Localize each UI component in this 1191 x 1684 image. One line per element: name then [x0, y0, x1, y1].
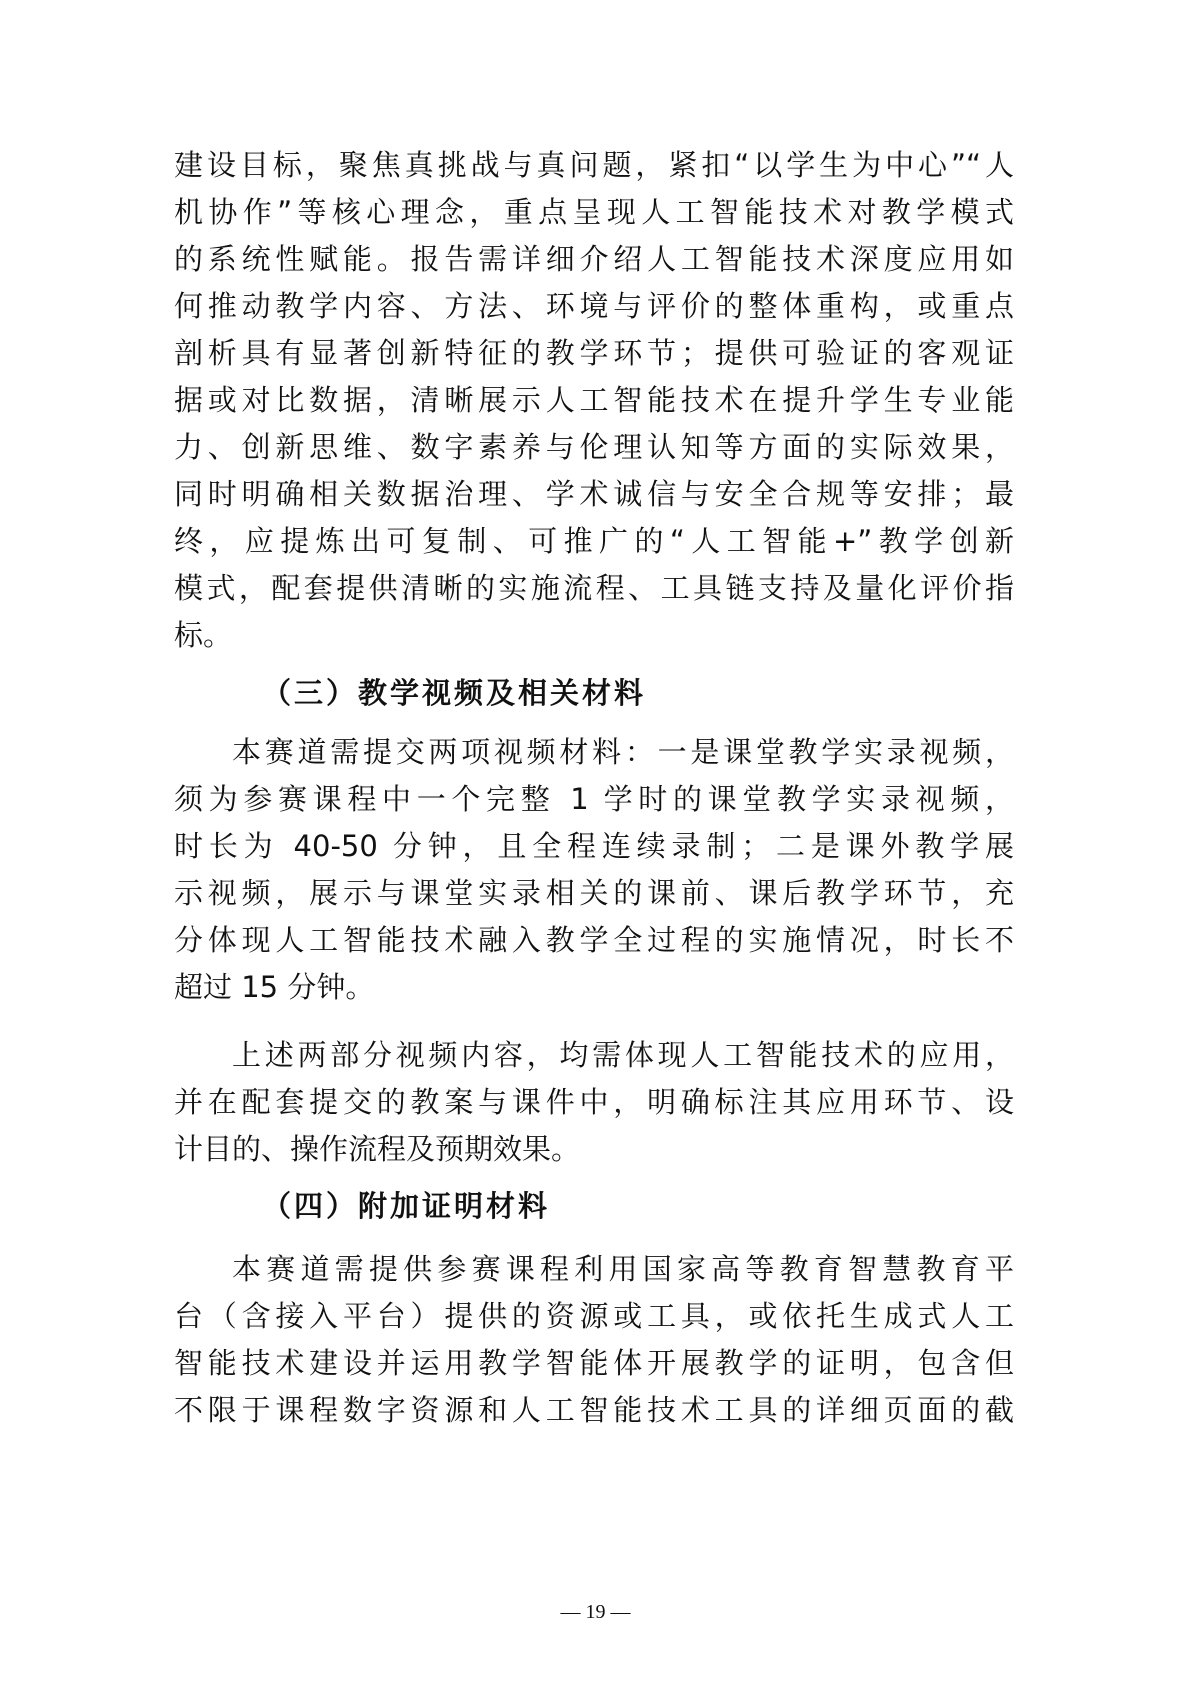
text-line: 台（含接入平台）提供的资源或工具，或依托生成式人工 [174, 1291, 1014, 1341]
text-line: 力、创新思维、数字素养与伦理认知等方面的实际效果， [174, 422, 1014, 472]
text-line: 标。 [174, 610, 1014, 660]
text-line: 剖析具有显著创新特征的教学环节；提供可验证的客观证 [174, 328, 1014, 378]
text-line: 模式，配套提供清晰的实施流程、工具链支持及量化评价指 [174, 563, 1014, 613]
text-line: 同时明确相关数据治理、学术诚信与安全合规等安排；最 [174, 469, 1014, 519]
section-heading-teaching-video: （三）教学视频及相关材料 [262, 668, 646, 718]
text-line: 上述两部分视频内容，均需体现人工智能技术的应用， [232, 1030, 1014, 1080]
text-line: 示视频，展示与课堂实录相关的课前、课后教学环节，充 [174, 868, 1014, 918]
text-line: 的系统性赋能。报告需详细介绍人工智能技术深度应用如 [174, 234, 1014, 284]
section-heading-supporting-materials: （四）附加证明材料 [262, 1181, 550, 1231]
page-number: — 19 — [0, 1600, 1191, 1624]
text-line: 据或对比数据，清晰展示人工智能技术在提升学生专业能 [174, 375, 1014, 425]
text-line: 须为参赛课程中一个完整 1 学时的课堂教学实录视频， [174, 774, 1014, 824]
text-line: 终，应提炼出可复制、可推广的“人工智能+”教学创新 [174, 516, 1014, 566]
text-line: 计目的、操作流程及预期效果。 [174, 1124, 1014, 1174]
text-line: 本赛道需提交两项视频材料：一是课堂教学实录视频， [232, 727, 1014, 777]
text-line: 超过 15 分钟。 [174, 962, 1014, 1012]
text-line: 不限于课程数字资源和人工智能技术工具的详细页面的截 [174, 1385, 1014, 1435]
text-line: 智能技术建设并运用教学智能体开展教学的证明，包含但 [174, 1338, 1014, 1388]
text-line: 机协作”等核心理念，重点呈现人工智能技术对教学模式 [174, 187, 1014, 237]
document-page: 建设目标，聚焦真挑战与真问题，紧扣“以学生为中心”“人 机协作”等核心理念，重点… [0, 0, 1191, 1684]
text-line: 时长为 40-50 分钟，且全程连续录制；二是课外教学展 [174, 821, 1014, 871]
text-line: 建设目标，聚焦真挑战与真问题，紧扣“以学生为中心”“人 [174, 140, 1014, 190]
text-line: 分体现人工智能技术融入教学全过程的实施情况，时长不 [174, 915, 1014, 965]
text-line: 本赛道需提供参赛课程利用国家高等教育智慧教育平 [232, 1244, 1014, 1294]
text-line: 并在配套提交的教案与课件中，明确标注其应用环节、设 [174, 1077, 1014, 1127]
text-line: 何推动教学内容、方法、环境与评价的整体重构，或重点 [174, 281, 1014, 331]
